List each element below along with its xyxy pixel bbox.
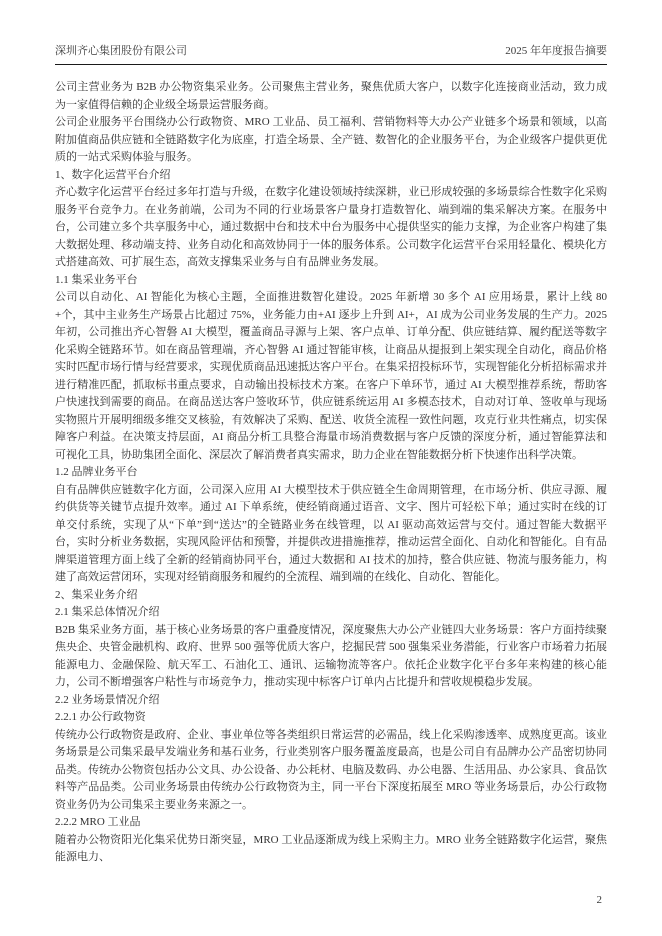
company-name: 深圳齐心集团股份有限公司 bbox=[55, 42, 187, 58]
paragraph: 传统办公行政物资是政府、企业、事业单位等各类组织日常运营的必需品，线上化采购渗透… bbox=[55, 727, 607, 815]
section-heading: 2、集采业务介绍 bbox=[55, 587, 607, 605]
paragraph: 随着办公物资阳光化集采优势日渐突显，MRO 工业品逐渐成为线上采购主力。MRO … bbox=[55, 832, 607, 867]
paragraph: 公司以自动化、AI 智能化为核心主题，全面推进数智化建设。2025 年新增 30… bbox=[55, 289, 607, 464]
section-heading: 2.1 集采总体情况介绍 bbox=[55, 604, 607, 622]
section-heading: 2.2.1 办公行政物资 bbox=[55, 709, 607, 727]
section-heading: 1、数字化运营平台介绍 bbox=[55, 167, 607, 185]
paragraph: 齐心数字化运营平台经过多年打造与升级，在数字化建设领域持续深耕，业已形成较强的多… bbox=[55, 184, 607, 272]
paragraph: 公司主营业务为 B2B 办公物资集采业务。公司聚焦主营业务，聚焦优质大客户，以数… bbox=[55, 79, 607, 114]
report-title: 2025 年年度报告摘要 bbox=[505, 42, 607, 58]
section-heading: 2.2.2 MRO 工业品 bbox=[55, 814, 607, 832]
section-heading: 1.2 品牌业务平台 bbox=[55, 464, 607, 482]
report-page: 深圳齐心集团股份有限公司 2025 年年度报告摘要 公司主营业务为 B2B 办公… bbox=[0, 0, 662, 936]
paragraph: B2B 集采业务方面，基于核心业务场景的客户重叠度情况，深度聚焦大办公产业链四大… bbox=[55, 622, 607, 692]
section-heading: 2.2 业务场景情况介绍 bbox=[55, 692, 607, 710]
page-header: 深圳齐心集团股份有限公司 2025 年年度报告摘要 bbox=[55, 42, 607, 65]
document-body: 公司主营业务为 B2B 办公物资集采业务。公司聚焦主营业务，聚焦优质大客户，以数… bbox=[55, 79, 607, 867]
page-number: 2 bbox=[597, 894, 603, 906]
section-heading: 1.1 集采业务平台 bbox=[55, 272, 607, 290]
paragraph: 自有品牌供应链数字化方面，公司深入应用 AI 大模型技术于供应链全生命周期管理，… bbox=[55, 482, 607, 587]
paragraph: 公司企业服务平台围绕办公行政物资、MRO 工业品、员工福利、营销物料等大办公产业… bbox=[55, 114, 607, 167]
